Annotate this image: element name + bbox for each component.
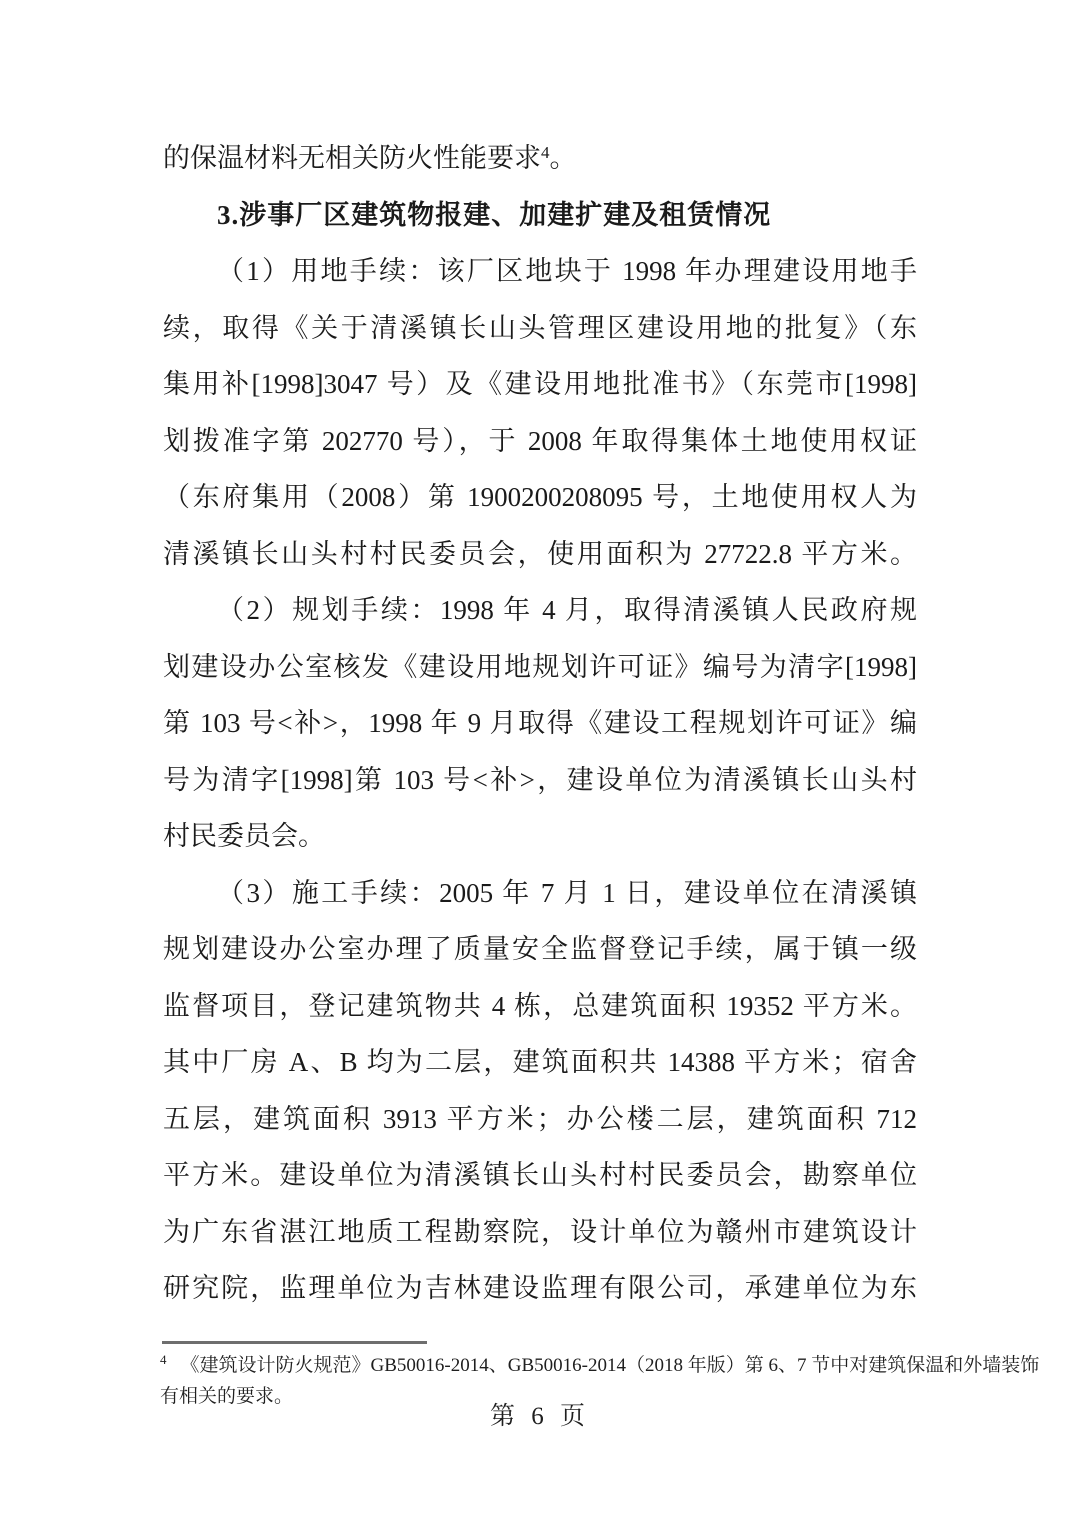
body-line: （1）用地手续：该厂区地块于 1998 年办理建设用地手 bbox=[163, 243, 917, 300]
body-line: 其中厂房 A、B 均为二层，建筑面积共 14388 平方米；宿舍 bbox=[163, 1034, 917, 1091]
document-page: 的保温材料无相关防火性能要求4。 3.涉事厂区建筑物报建、加建扩建及租赁情况 （… bbox=[0, 0, 1080, 1528]
section-heading: 3.涉事厂区建筑物报建、加建扩建及租赁情况 bbox=[163, 187, 917, 244]
intro-text: 的保温材料无相关防火性能要求 bbox=[163, 143, 541, 173]
intro-period: 。 bbox=[550, 143, 577, 173]
document-body: 的保温材料无相关防火性能要求4。 3.涉事厂区建筑物报建、加建扩建及租赁情况 （… bbox=[163, 130, 917, 1317]
body-line: 划拨准字第 202770 号），于 2008 年取得集体土地使用权证 bbox=[163, 413, 917, 470]
body-line: 清溪镇长山头村村民委员会，使用面积为 27722.8 平方米。 bbox=[163, 526, 917, 583]
body-line: 平方米。建设单位为清溪镇长山头村村民委员会，勘察单位 bbox=[163, 1147, 917, 1204]
body-line: （3）施工手续：2005 年 7 月 1 日，建设单位在清溪镇 bbox=[163, 865, 917, 922]
body-line: 为广东省湛江地质工程勘察院，设计单位为赣州市建筑设计 bbox=[163, 1204, 917, 1261]
footnote-marker: 4 bbox=[160, 1352, 167, 1367]
paragraph-planning-procedures: （2）规划手续：1998 年 4 月，取得清溪镇人民政府规 划建设办公室核发《建… bbox=[163, 582, 917, 865]
body-line: 监督项目，登记建筑物共 4 栋，总建筑面积 19352 平方米。 bbox=[163, 978, 917, 1035]
body-line: 五层，建筑面积 3913 平方米；办公楼二层，建筑面积 712 bbox=[163, 1091, 917, 1148]
body-line: （东府集用（2008）第 1900200208095 号，土地使用权人为 bbox=[163, 469, 917, 526]
body-line: 规划建设办公室办理了质量安全监督登记手续，属于镇一级 bbox=[163, 921, 917, 978]
footnote-text: 《建筑设计防火规范》GB50016-2014、GB50016-2014（2018… bbox=[181, 1355, 1040, 1376]
body-line: 号为清字[1998]第 103 号<补>，建设单位为清溪镇长山头村 bbox=[163, 752, 917, 809]
body-line: 划建设办公室核发《建设用地规划许可证》编号为清字[1998] bbox=[163, 639, 917, 696]
intro-paragraph-tail: 的保温材料无相关防火性能要求4。 bbox=[163, 130, 917, 187]
paragraph-land-procedures: （1）用地手续：该厂区地块于 1998 年办理建设用地手 续，取得《关于清溪镇长… bbox=[163, 243, 917, 582]
body-line: 续，取得《关于清溪镇长山头管理区建设用地的批复》（东 bbox=[163, 300, 917, 357]
footnote-line-1: 4《建筑设计防火规范》GB50016-2014、GB50016-2014（201… bbox=[160, 1350, 960, 1381]
body-line: 集用补[1998]3047 号）及《建设用地批准书》（东莞市[1998] bbox=[163, 356, 917, 413]
body-line: （2）规划手续：1998 年 4 月，取得清溪镇人民政府规 bbox=[163, 582, 917, 639]
body-line: 第 103 号<补>，1998 年 9 月取得《建设工程规划许可证》编 bbox=[163, 695, 917, 752]
footnote-reference: 4 bbox=[541, 143, 550, 162]
body-line: 研究院，监理单位为吉林建设监理有限公司，承建单位为东 bbox=[163, 1260, 917, 1317]
page-number: 第 6 页 bbox=[0, 1396, 1080, 1432]
footnote-separator bbox=[162, 1341, 427, 1344]
body-line: 村民委员会。 bbox=[163, 808, 917, 865]
paragraph-construction-procedures: （3）施工手续：2005 年 7 月 1 日，建设单位在清溪镇 规划建设办公室办… bbox=[163, 865, 917, 1317]
